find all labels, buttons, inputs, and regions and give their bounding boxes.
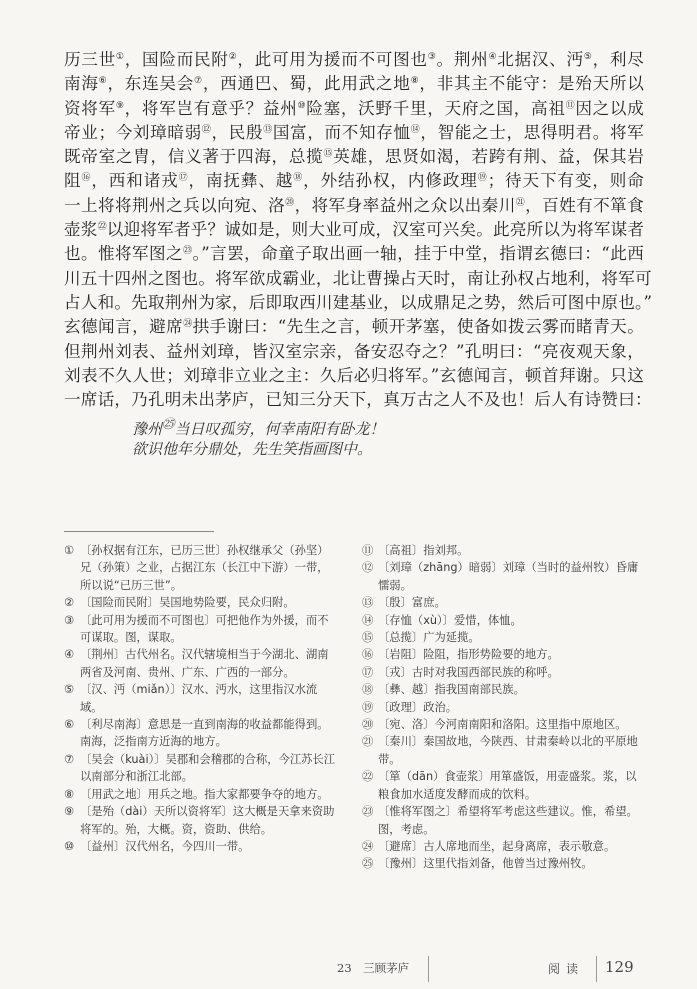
text-line: 一席话，乃孔明未出茅庐，已知三分天下，真万古之人不及也！后人有诗赞曰：	[64, 388, 644, 412]
footnote-text: 〔国险而民附〕吴国地势险要，民众归附。	[80, 596, 295, 609]
footnote-marker: ㉕	[162, 416, 175, 431]
footnote: ⑭〔存恤（xù）〕爱惜，体恤。	[362, 612, 647, 629]
text-run: 占人和。先取荆州为家，后即取西川建基业，以成鼎足之势，然后可图中原也。”	[64, 293, 652, 312]
footnote: ㉕〔豫州〕这里代指刘备，他曾当过豫州牧。	[362, 855, 647, 872]
footnote: ⑲〔政理〕政治。	[362, 699, 647, 716]
footnote-number: ⑮	[362, 629, 378, 646]
text-line: 阻⑯，西和诸戎⑰，南抚彝、越⑱，外结孙权，内修政理⑲；待天下有变，则命	[64, 169, 644, 193]
footnote-marker: ⑫	[202, 125, 212, 135]
footnote-text: 〔政理〕政治。	[378, 701, 457, 714]
footnote-text: 〔孙权据有江东，已历三世〕孙权继承父（孙坚）兄（孙策）之业，占据江东（长江中下游…	[80, 544, 329, 592]
footnote: ⑩〔益州〕汉代州名，今四川一带。	[64, 838, 339, 855]
footnote-marker: ⑤	[584, 52, 593, 62]
text-line: 占人和。先取荆州为家，后即取西川建基业，以成鼎足之势，然后可图中原也。”	[64, 291, 644, 315]
footnote-marker: ①	[116, 52, 125, 62]
text-run: 阻	[64, 171, 81, 190]
text-run: 。荆州	[437, 50, 489, 69]
footnote-text: 〔惟将军图之〕希望将军考虑这些建议。惟，希望。图，考虑。	[378, 805, 638, 835]
textbook-page: 历三世①，国险而民附②，此可用为援而不可图也③。荆州④北据汉、沔⑤，利尽南海⑥，…	[0, 0, 697, 989]
poem-line: 豫州㉕当日叹孤穷，何幸南阳有卧龙！	[64, 412, 644, 436]
footnote-number: ⑤	[64, 681, 80, 698]
footnote-text: 〔益州〕汉代州名，今四川一带。	[80, 840, 249, 853]
footnote-marker: ⑩	[298, 101, 307, 111]
footnote-number: ㉔	[362, 838, 378, 855]
text-run: 欲识他年分鼎处，先生笑指画图中。	[132, 440, 372, 458]
text-run: ，东连吴会	[107, 74, 194, 93]
text-run: 豫州	[132, 420, 162, 438]
footnote-text: 〔豫州〕这里代指刘备，他曾当过豫州牧。	[378, 857, 593, 870]
text-run: 国富，而不知存恤	[273, 123, 411, 142]
footnote: ⑥〔利尽南海〕意思是一直到南海的收益都能得到。南海，泛指南方近海的地方。	[64, 716, 339, 751]
footnote: ㉑〔秦川〕秦国故地，今陕西、甘肃秦岭以北的平原地带。	[362, 733, 647, 768]
footnote: ⑤〔汉、沔（miǎn）〕汉水、沔水，这里指汉水流域。	[64, 681, 339, 716]
text-run: 北据汉、沔	[497, 50, 584, 69]
text-run: 壶浆	[64, 220, 98, 239]
footnote: ③〔此可用为援而不可图也〕可把他作为外援，而不可谋取。图，谋取。	[64, 612, 339, 647]
footnote-marker: ⑦	[194, 76, 203, 86]
footnote: ⑨〔是殆（dài）天所以资将军〕这大概是天拿来资助将军的。殆，大概。资，资助、供…	[64, 803, 339, 838]
text-run: 英雄，思贤如渴，若跨有荆、益，保其岩	[333, 147, 644, 166]
text-run: 当日叹孤穷，何幸南阳有卧龙！	[175, 420, 385, 438]
text-line: 一上将将荆州之兵以向宛、洛⑳，将军身率益州之众以出秦川㉑，百姓有不箪食	[64, 194, 644, 218]
text-run: 既帝室之胄，信义著于四海，总揽	[64, 147, 323, 166]
text-line: 刘表不久人世；刘璋非立业之主：久后必归将军。”玄德闻言，顿首拜谢。只这	[64, 364, 644, 388]
footnote-text: 〔戎〕古时对我国西部民族的称呼。	[378, 666, 559, 679]
section-label: 阅读	[548, 960, 584, 977]
text-line: 壶浆㉒以迎将军者乎？诚如是，则大业可成，汉室可兴矣。此亮所以为将军谋者	[64, 218, 644, 242]
footnote-number: ⑱	[362, 681, 378, 698]
page-number: 129	[605, 958, 634, 976]
text-run: 。”言罢，命童子取出画一轴，挂于中堂，指谓玄德曰：“此西	[192, 244, 644, 263]
footnote: ①〔孙权据有江东，已历三世〕孙权继承父（孙坚）兄（孙策）之业，占据江东（长江中下…	[64, 542, 339, 594]
footnote: ⑮〔总揽〕广为延揽。	[362, 629, 647, 646]
footnote-text: 〔箪（dān）食壶浆〕用箪盛饭，用壶盛浆。浆，以粮食加水适度发酵而成的饮料。	[378, 770, 637, 800]
footnote-text: 〔此可用为援而不可图也〕可把他作为外援，而不可谋取。图，谋取。	[80, 614, 329, 644]
text-run: 玄德闻言，避席	[64, 317, 183, 336]
footnote: ⑯〔岩阻〕险阻，指形势险要的地方。	[362, 646, 647, 663]
footnote-marker: ⑪	[566, 101, 576, 111]
text-run: 一席话，乃孔明未出茅庐，已知三分天下，真万古之人不及也！后人有诗赞曰：	[64, 390, 652, 409]
footnote: ⑰〔戎〕古时对我国西部民族的称呼。	[362, 664, 647, 681]
text-run: 南海	[64, 74, 99, 93]
footnote-text: 〔用武之地〕用兵之地。指大家都要争夺的地方。	[80, 788, 329, 801]
footnote: ㉓〔惟将军图之〕希望将军考虑这些建议。惟，希望。图，考虑。	[362, 803, 647, 838]
footnote-marker: ⑳	[285, 198, 294, 208]
text-run: ，将军岂有意乎？益州	[125, 99, 298, 118]
footnote-number: ⑰	[362, 664, 378, 681]
footnote-text: 〔总揽〕广为延揽。	[378, 631, 480, 644]
footnote-marker: ③	[428, 52, 437, 62]
footnote-marker: ⑨	[116, 101, 125, 111]
text-line: 也。惟将军图之㉓。”言罢，命童子取出画一轴，挂于中堂，指谓玄德曰：“此西	[64, 242, 644, 266]
text-run: 因之以成	[575, 99, 644, 118]
footnote-number: ㉕	[362, 855, 378, 872]
footnotes-left-column: ①〔孙权据有江东，已历三世〕孙权继承父（孙坚）兄（孙策）之业，占据江东（长江中下…	[64, 542, 339, 855]
footnote-text: 〔荆州〕古代州名。汉代辖境相当于今湖北、湖南两省及河南、贵州、广东、广西的一部分…	[80, 648, 329, 678]
footnote: ⑦〔吴会（kuài）〕吴郡和会稽郡的合称，今江苏长江以南部分和浙江北部。	[64, 751, 339, 786]
footnote: ⑪〔高祖〕指刘邦。	[362, 542, 647, 559]
footnote: ②〔国险而民附〕吴国地势险要，民众归附。	[64, 594, 339, 611]
text-run: 以迎将军者乎？诚如是，则大业可成，汉室可兴矣。此亮所以为将军谋者	[107, 220, 644, 239]
text-run: ，国险而民附	[125, 50, 229, 69]
text-run: ，南抚彝、越	[189, 171, 294, 190]
text-run: 拱手谢曰：“先生之言，顿开茅塞，使备如拨云雾而睹青天。	[193, 317, 644, 336]
footnote-number: ⑫	[362, 559, 378, 576]
text-line: 帝业；今刘璋暗弱⑫，民殷⑬国富，而不知存恤⑭，智能之士，思得明君。将军	[64, 121, 644, 145]
footnote: ⑳〔宛、洛〕今河南南阳和洛阳。这里指中原地区。	[362, 716, 647, 733]
text-run: 帝业；今刘璋暗弱	[64, 123, 202, 142]
footnote-text: 〔彝、越〕指我国南部民族。	[378, 683, 525, 696]
text-line: 玄德闻言，避席㉔拱手谢曰：“先生之言，顿开茅塞，使备如拨云雾而睹青天。	[64, 315, 644, 339]
footnote-text: 〔高祖〕指刘邦。	[378, 544, 468, 557]
footnote-marker: ㉔	[183, 319, 192, 329]
text-run: ，智能之士，思得明君。将军	[420, 123, 644, 142]
text-line: 资将军⑨，将军岂有意乎？益州⑩险塞，沃野千里，天府之国，高祖⑪因之以成	[64, 97, 644, 121]
footnote-text: 〔避席〕古人席地而坐，起身离席，表示敬意。	[378, 840, 615, 853]
footnote-text: 〔岩阻〕险阻，指形势险要的地方。	[378, 648, 559, 661]
text-run: ，将军身率益州之众以出秦川	[295, 196, 516, 215]
footnote-number: ㉓	[362, 803, 378, 820]
footnote-text: 〔汉、沔（miǎn）〕汉水、沔水，这里指汉水流域。	[80, 683, 317, 713]
footnote-number: ⑪	[362, 542, 378, 559]
footer-separator	[596, 956, 597, 982]
text-run: ，西和诸戎	[91, 171, 178, 190]
text-line: 南海⑥，东连吴会⑦，西通巴、蜀，此用武之地⑧，非其主不能守：是殆天所以	[64, 72, 644, 96]
page-footer: 23 三顾茅庐 阅读 129	[0, 956, 697, 984]
footnote-marker: ⑬	[263, 125, 273, 135]
poem: 豫州㉕当日叹孤穷，何幸南阳有卧龙！欲识他年分鼎处，先生笑指画图中。	[64, 412, 644, 461]
footnote-number: ⑩	[64, 838, 80, 855]
main-text: 历三世①，国险而民附②，此可用为援而不可图也③。荆州④北据汉、沔⑤，利尽南海⑥，…	[64, 48, 644, 461]
text-line: 川五十四州之图也。将军欲成霸业，北让曹操占天时，南让孙权占地利，将军可	[64, 267, 644, 291]
main-text-lines: 历三世①，国险而民附②，此可用为援而不可图也③。荆州④北据汉、沔⑤，利尽南海⑥，…	[64, 48, 644, 412]
footnote-number: ⑯	[362, 646, 378, 663]
footnote-text: 〔是殆（dài）天所以资将军〕这大概是天拿来资助将军的。殆，大概。资，资助、供给…	[80, 805, 334, 835]
footnote: ⑬〔殷〕富庶。	[362, 594, 647, 611]
footnote: ④〔荆州〕古代州名。汉代辖境相当于今湖北、湖南两省及河南、贵州、广东、广西的一部…	[64, 646, 339, 681]
text-run: ，百姓有不箪食	[525, 196, 644, 215]
text-run: 历三世	[64, 50, 116, 69]
text-run: ；待天下有变，则命	[488, 171, 644, 190]
footnote-marker: ⑮	[323, 149, 333, 159]
text-run: 资将军	[64, 99, 116, 118]
footnote: ⑱〔彝、越〕指我国南部民族。	[362, 681, 647, 698]
footnote-number: ⑨	[64, 803, 80, 820]
footnote: ⑫〔刘璋（zhāng）暗弱〕刘璋（当时的益州牧）昏庸懦弱。	[362, 559, 647, 594]
footnote: ㉔〔避席〕古人席地而坐，起身离席，表示敬意。	[362, 838, 647, 855]
footnote-text: 〔刘璋（zhāng）暗弱〕刘璋（当时的益州牧）昏庸懦弱。	[378, 561, 638, 591]
text-run: ，西通巴、蜀，此用武之地	[203, 74, 411, 93]
text-run: 险塞，沃野千里，天府之国，高祖	[306, 99, 565, 118]
footnote-marker: ㉒	[98, 222, 107, 232]
footnote-number: ⑥	[64, 716, 80, 733]
footnote-marker: ⑯	[81, 173, 91, 183]
footnote-text: 〔秦川〕秦国故地，今陕西、甘肃秦岭以北的平原地带。	[378, 735, 638, 765]
footnote-text: 〔利尽南海〕意思是一直到南海的收益都能得到。南海，泛指南方近海的地方。	[80, 718, 329, 748]
footnote-text: 〔殷〕富庶。	[378, 596, 446, 609]
text-run: 川五十四州之图也。将军欲成霸业，北让曹操占天时，南让孙权占地利，将军可	[64, 269, 652, 288]
footnote-number: ⑦	[64, 751, 80, 768]
text-line: 历三世①，国险而民附②，此可用为援而不可图也③。荆州④北据汉、沔⑤，利尽	[64, 48, 644, 72]
footnote-marker: ④	[488, 52, 497, 62]
footnote-number: ㉒	[362, 768, 378, 785]
text-line: 既帝室之胄，信义著于四海，总揽⑮英雄，思贤如渴，若跨有荆、益，保其岩	[64, 145, 644, 169]
footnote-number: ④	[64, 646, 80, 663]
text-run: 一上将将荆州之兵以向宛、洛	[64, 196, 285, 215]
text-run: ，外结孙权，内修政理	[303, 171, 478, 190]
text-line: 但荆州刘表、益州刘璋，皆汉室宗亲，备安忍夺之？”孔明曰：“亮夜观天象，	[64, 340, 644, 364]
text-run: ，利尽	[593, 50, 644, 69]
footnote-text: 〔存恤（xù）〕爱惜，体恤。	[378, 614, 522, 627]
footnote-text: 〔宛、洛〕今河南南阳和洛阳。这里指中原地区。	[378, 718, 627, 731]
footnote-divider	[64, 531, 214, 532]
footnote-number: ②	[64, 594, 80, 611]
footnote-number: ⑧	[64, 786, 80, 803]
footnote-marker: ⑱	[293, 173, 303, 183]
text-run: ，此可用为援而不可图也	[237, 50, 427, 69]
text-run: ，非其主不能守：是殆天所以	[419, 74, 644, 93]
footnote-marker: ⑰	[179, 173, 189, 183]
footnote: ⑧〔用武之地〕用兵之地。指大家都要争夺的地方。	[64, 786, 339, 803]
footnote-number: ①	[64, 542, 80, 559]
text-run: 也。惟将军图之	[64, 244, 183, 263]
footnote-number: ⑲	[362, 699, 378, 716]
footnote-number: ㉑	[362, 733, 378, 750]
text-run: 但荆州刘表、益州刘璋，皆汉室宗亲，备安忍夺之？”孔明曰：“亮夜观天象，	[64, 342, 644, 361]
footnote-number: ⑭	[362, 612, 378, 629]
footnote-marker: ㉑	[516, 198, 525, 208]
chapter-title: 23 三顾茅庐	[337, 960, 409, 976]
footnote-text: 〔吴会（kuài）〕吴郡和会稽郡的合称，今江苏长江以南部分和浙江北部。	[80, 753, 335, 783]
footer-separator	[428, 956, 429, 982]
footnote: ㉒〔箪（dān）食壶浆〕用箪盛饭，用壶盛浆。浆，以粮食加水适度发酵而成的饮料。	[362, 768, 647, 803]
text-run: ，民殷	[212, 123, 264, 142]
footnotes-right-column: ⑪〔高祖〕指刘邦。⑫〔刘璋（zhāng）暗弱〕刘璋（当时的益州牧）昏庸懦弱。⑬〔…	[362, 542, 647, 873]
footnote-number: ⑳	[362, 716, 378, 733]
poem-line: 欲识他年分鼎处，先生笑指画图中。	[64, 437, 644, 461]
footnote-marker: ⑭	[411, 125, 421, 135]
footnote-number: ⑬	[362, 594, 378, 611]
footnote-number: ③	[64, 612, 80, 629]
footnote-marker: ⑲	[478, 173, 488, 183]
text-run: 刘表不久人世；刘璋非立业之主：久后必归将军。”玄德闻言，顿首拜谢。只这	[64, 366, 644, 385]
